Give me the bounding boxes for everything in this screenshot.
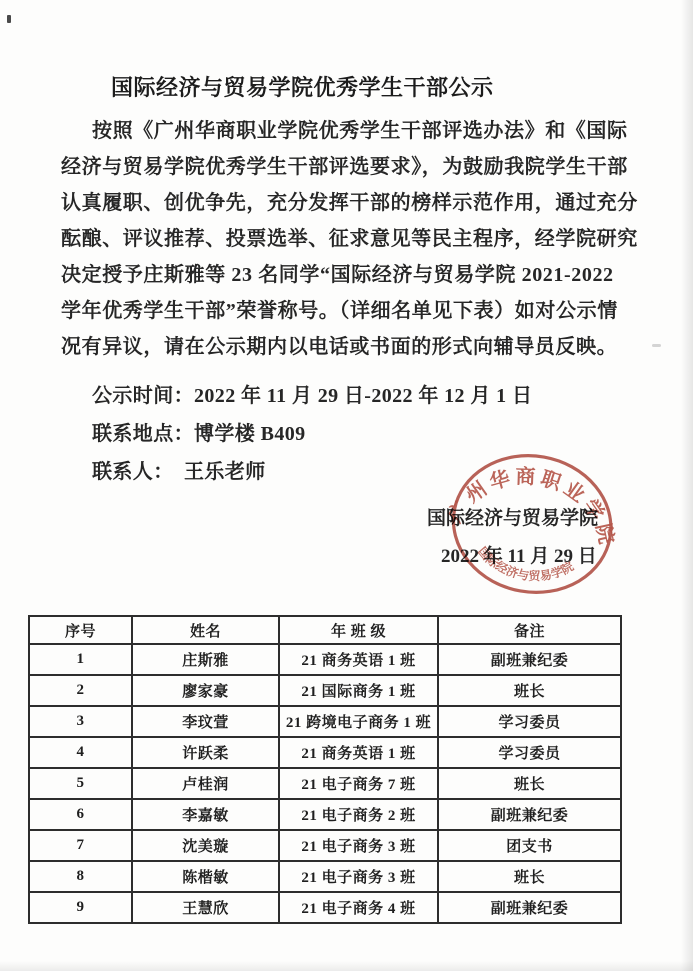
scan-edge-shadow: [0, 961, 693, 971]
table-cell: 团支书: [438, 830, 621, 861]
table-cell: 3: [29, 706, 132, 737]
table-cell: 副班兼纪委: [438, 892, 621, 923]
table-row: 5卢桂润21 电子商务 7 班班长: [29, 768, 621, 799]
table-cell: 21 电子商务 3 班: [279, 830, 438, 861]
table-row: 2廖家豪21 国际商务 1 班班长: [29, 675, 621, 706]
table-cell: 5: [29, 768, 132, 799]
paragraph-line: 酝酿、评议推荐、投票选举、征求意见等民主程序，经学院研究: [61, 221, 639, 257]
table-header-cell: 备注: [438, 616, 621, 644]
scan-edge-shadow: [681, 0, 693, 971]
table-header-row: 序号姓名年 班 级备注: [29, 616, 621, 644]
paragraph-line: 按照《广州华商职业学院优秀学生干部评选办法》和《国际: [61, 113, 639, 149]
table-cell: 21 电子商务 7 班: [279, 768, 438, 799]
document-page: 国际经济与贸易学院优秀学生干部公示 按照《广州华商职业学院优秀学生干部评选办法》…: [0, 0, 693, 971]
table-cell: 班长: [438, 861, 621, 892]
table-cell: 4: [29, 737, 132, 768]
table-cell: 王慧欣: [132, 892, 279, 923]
table-cell: 学习委员: [438, 706, 621, 737]
notice-period-line: 公示时间：2022 年 11 月 29 日-2022 年 12 月 1 日: [61, 377, 532, 415]
table-cell: 1: [29, 644, 132, 675]
table-row: 9王慧欣21 电子商务 4 班副班兼纪委: [29, 892, 621, 923]
table-row: 4许跃柔21 商务英语 1 班学习委员: [29, 737, 621, 768]
scan-artifact: [652, 344, 661, 347]
table-cell: 许跃柔: [132, 737, 279, 768]
table-cell: 21 商务英语 1 班: [279, 644, 438, 675]
table-row: 1庄斯雅21 商务英语 1 班副班兼纪委: [29, 644, 621, 675]
table-cell: 6: [29, 799, 132, 830]
table-body: 1庄斯雅21 商务英语 1 班副班兼纪委2廖家豪21 国际商务 1 班班长3李玟…: [29, 644, 621, 923]
seal-outer-text: 广州华商职业学院: [441, 450, 630, 554]
paragraph-line: 况有异议，请在公示期内以电话或书面的形式向辅导员反映。: [61, 329, 639, 365]
scan-artifact: [7, 15, 11, 23]
table-row: 8陈楷敏21 电子商务 3 班班长: [29, 861, 621, 892]
table-cell: 7: [29, 830, 132, 861]
seal-inner-text: 国际经济与贸易学院: [471, 541, 578, 591]
table-header-cell: 年 班 级: [279, 616, 438, 644]
table-cell: 8: [29, 861, 132, 892]
table-cell: 沈美璇: [132, 830, 279, 861]
table-cell: 陈楷敏: [132, 861, 279, 892]
paragraph-line: 学年优秀学生干部”荣誉称号。（详细名单见下表）如对公示情: [61, 293, 639, 329]
paragraph-line: 认真履职、创优争先，充分发挥干部的榜样示范作用，通过充分: [61, 185, 639, 221]
page-title: 国际经济与贸易学院优秀学生干部公示: [111, 71, 494, 102]
paragraph-line: 决定授予庄斯雅等 23 名同学“国际经济与贸易学院 2021-2022: [61, 257, 639, 293]
table-header-cell: 序号: [29, 616, 132, 644]
official-seal: 广州华商职业学院 国际经济与贸易学院: [434, 436, 629, 614]
table-cell: 21 跨境电子商务 1 班: [279, 706, 438, 737]
svg-text:国际经济与贸易学院: 国际经济与贸易学院: [471, 541, 578, 591]
table-cell: 9: [29, 892, 132, 923]
table-cell: 副班兼纪委: [438, 644, 621, 675]
table-cell: 2: [29, 675, 132, 706]
roster-table: 序号姓名年 班 级备注 1庄斯雅21 商务英语 1 班副班兼纪委2廖家豪21 国…: [28, 615, 622, 924]
paragraph-line: 经济与贸易学院优秀学生干部评选要求》，为鼓励我院学生干部: [61, 149, 639, 185]
table-cell: 21 电子商务 4 班: [279, 892, 438, 923]
table-cell: 班长: [438, 768, 621, 799]
table-row: 7沈美璇21 电子商务 3 班团支书: [29, 830, 621, 861]
body-paragraph: 按照《广州华商职业学院优秀学生干部评选办法》和《国际经济与贸易学院优秀学生干部评…: [61, 113, 639, 365]
table-cell: 副班兼纪委: [438, 799, 621, 830]
table-cell: 李嘉敏: [132, 799, 279, 830]
table-cell: 21 电子商务 3 班: [279, 861, 438, 892]
table-cell: 廖家豪: [132, 675, 279, 706]
table-cell: 班长: [438, 675, 621, 706]
table-cell: 卢桂润: [132, 768, 279, 799]
table-header-cell: 姓名: [132, 616, 279, 644]
table-cell: 李玟萱: [132, 706, 279, 737]
table-row: 3李玟萱21 跨境电子商务 1 班学习委员: [29, 706, 621, 737]
table-cell: 学习委员: [438, 737, 621, 768]
svg-text:广州华商职业学院: 广州华商职业学院: [441, 450, 630, 554]
table-row: 6李嘉敏21 电子商务 2 班副班兼纪委: [29, 799, 621, 830]
table-cell: 21 国际商务 1 班: [279, 675, 438, 706]
table-cell: 21 电子商务 2 班: [279, 799, 438, 830]
table-cell: 庄斯雅: [132, 644, 279, 675]
table-cell: 21 商务英语 1 班: [279, 737, 438, 768]
